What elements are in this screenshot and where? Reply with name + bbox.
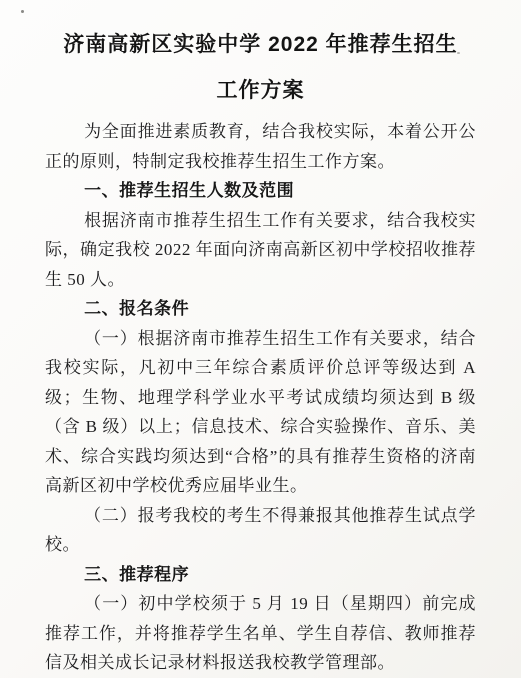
paragraph: （二）报考我校的考生不得兼报其他推荐生试点学校。 <box>45 501 476 560</box>
scan-speck <box>21 10 24 13</box>
paragraph: 根据济南市推荐生招生工作有关要求，结合我校实际，确定我校 2022 年面向济南高… <box>45 206 476 295</box>
paragraph: 为全面推进素质教育，结合我校实际，本着公开公正的原则，特制定我校推荐生招生工作方… <box>45 117 476 176</box>
document-title: 济南高新区实验中学 2022 年推荐生招生 工作方案 <box>45 22 476 114</box>
section-heading: 二、报名条件 <box>45 294 476 324</box>
section-heading: 三、推荐程序 <box>45 560 476 590</box>
paragraph: （一）初中学校须于 5 月 19 日（星期四）前完成推荐工作，并将推荐学生名单、… <box>45 589 476 678</box>
title-line-2: 工作方案 <box>45 68 476 114</box>
section-heading: 一、推荐生招生人数及范围 <box>45 176 476 206</box>
document-body: 为全面推进素质教育，结合我校实际，本着公开公正的原则，特制定我校推荐生招生工作方… <box>45 117 476 678</box>
document-page: 济南高新区实验中学 2022 年推荐生招生 工作方案 为全面推进素质教育，结合我… <box>0 0 521 678</box>
title-line-1: 济南高新区实验中学 2022 年推荐生招生 <box>45 22 476 68</box>
scan-speck <box>457 52 460 54</box>
paragraph: （一）根据济南市推荐生招生工作有关要求，结合我校实际，凡初中三年综合素质评价总评… <box>45 324 476 501</box>
